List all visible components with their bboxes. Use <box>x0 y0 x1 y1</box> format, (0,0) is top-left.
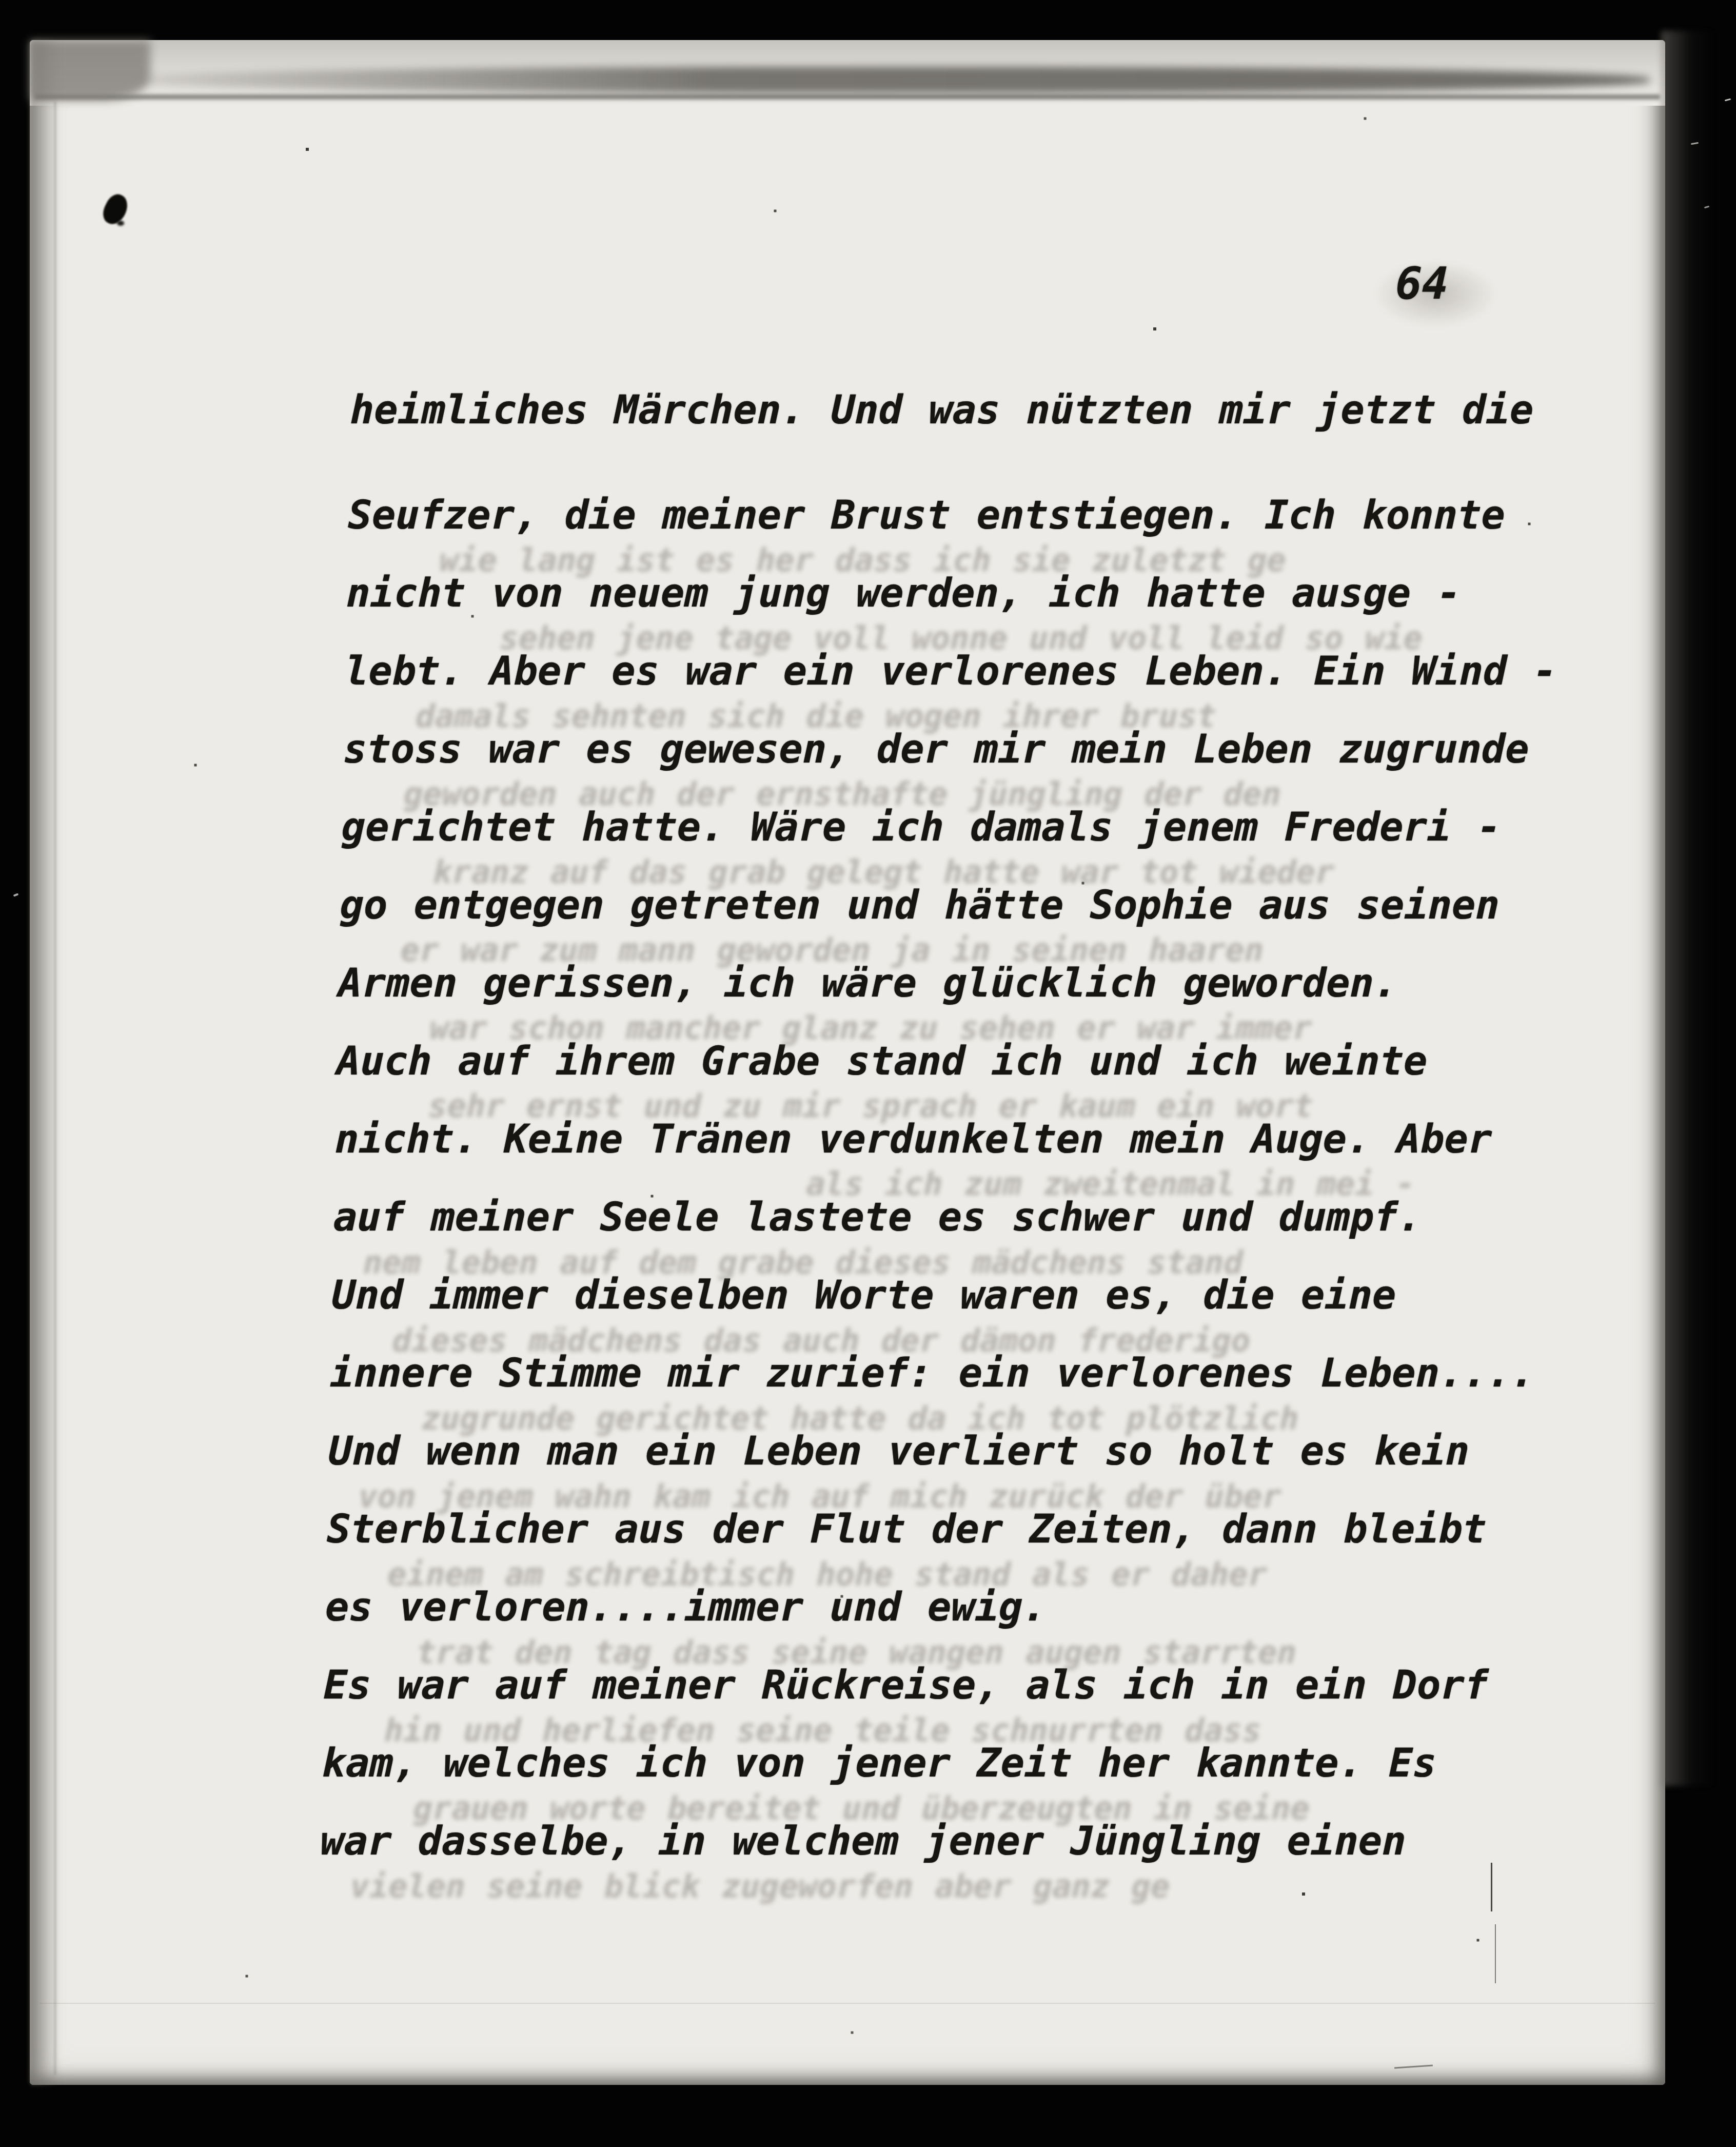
ghost-text-line: vielen seine blick zugeworfen aber ganz … <box>350 1870 1170 1902</box>
ghost-text-line: geworden auch der ernsthafte jüngling de… <box>404 778 1281 810</box>
ghost-text-line: sehen jene tage voll wonne und voll leid… <box>499 622 1423 654</box>
ink-smudge-tail <box>117 221 124 226</box>
text-line: gerichtet hatte. Wäre ich damals jenem F… <box>341 808 1502 847</box>
ghost-text-line: damals sehnten sich die wogen ihrer brus… <box>416 700 1217 732</box>
text-line: nicht. Keine Tränen verdunkelten mein Au… <box>334 1120 1492 1159</box>
ghost-text-line: kranz auf das grab gelegt hatte war tot … <box>432 856 1334 888</box>
text-line: war dasselbe, in welchem jener Jüngling … <box>320 1822 1407 1861</box>
ghost-text-line: trat den tag dass seine wangen augen sta… <box>417 1636 1297 1668</box>
scratch-mark <box>1495 1924 1496 1983</box>
text-line: stoss war es gewesen, der mir mein Leben… <box>343 730 1529 769</box>
text-layer: 64 heimliches Märchen. Und was nützten m… <box>0 40 1665 2085</box>
text-line: innere Stimme mir zurief: ein verlorenes… <box>330 1354 1535 1393</box>
text-line: Es war auf meiner Rückreise, als ich in … <box>323 1666 1489 1705</box>
ghost-text-line: einem am schreibtisch hohe stand als er … <box>387 1558 1268 1590</box>
ghost-text-line: er war zum mann geworden ja in seinen ha… <box>400 934 1264 966</box>
text-line: Armen gerissen, ich wäre glücklich gewor… <box>338 964 1398 1003</box>
page-number: 64 <box>1395 258 1449 309</box>
scan-background: 64 heimliches Märchen. Und was nützten m… <box>0 0 1736 2147</box>
text-line: go entgegen getreten und hätte Sophie au… <box>340 886 1500 925</box>
ghost-text-line: nem leben auf dem grabe dieses mädchens … <box>363 1246 1243 1278</box>
ghost-text-line: war schon mancher glanz zu sehen er war … <box>429 1012 1312 1044</box>
ghost-text-line: wie lang ist es her dass ich sie zuletzt… <box>439 544 1286 576</box>
text-line: Auch auf ihrem Grabe stand ich und ich w… <box>336 1042 1428 1081</box>
ghost-text-line: von jenem wahn kam ich auf mich zurück d… <box>358 1480 1282 1512</box>
text-line: Sterblicher aus der Flut der Zeiten, dan… <box>326 1510 1487 1549</box>
text-line: nicht von neuem jung werden, ich hatte a… <box>346 574 1462 613</box>
book-gutter-shadow <box>1661 31 1715 1786</box>
ghost-text-line: zugrunde gerichtet hatte da ich tot plöt… <box>421 1402 1299 1434</box>
ghost-text-line: als ich zum zweitenmal in mei - <box>806 1168 1415 1200</box>
ghost-text-line: sehr ernst und zu mir sprach er kaum ein… <box>428 1090 1313 1122</box>
scratch-mark <box>1491 1863 1492 1911</box>
ghost-text-line: grauen worte bereitet und überzeugten in… <box>413 1792 1310 1824</box>
text-line: Und wenn man ein Leben verliert so holt … <box>328 1432 1470 1471</box>
text-line: kam, welches ich von jener Zeit her kann… <box>322 1744 1437 1783</box>
text-line: es verloren....immer und ewig. <box>325 1588 1047 1627</box>
text-line: Seufzer, die meiner Brust entstiegen. Ic… <box>348 496 1506 535</box>
manuscript-page: 64 heimliches Märchen. Und was nützten m… <box>30 40 1665 2085</box>
film-scratch <box>1725 99 1731 102</box>
dust-specks <box>30 40 31 41</box>
ghost-text-line: dieses mädchens das auch der dämon frede… <box>392 1324 1251 1356</box>
text-line: lebt. Aber es war ein verlorenes Leben. … <box>344 652 1557 691</box>
ghost-text-line: hin und herliefen seine teile schnurrten… <box>384 1714 1261 1746</box>
text-line: heimliches Märchen. Und was nützten mir … <box>350 391 1534 430</box>
text-line: auf meiner Seele lastete es schwer und d… <box>333 1198 1422 1237</box>
text-line: Und immer dieselben Worte waren es, die … <box>331 1276 1396 1315</box>
